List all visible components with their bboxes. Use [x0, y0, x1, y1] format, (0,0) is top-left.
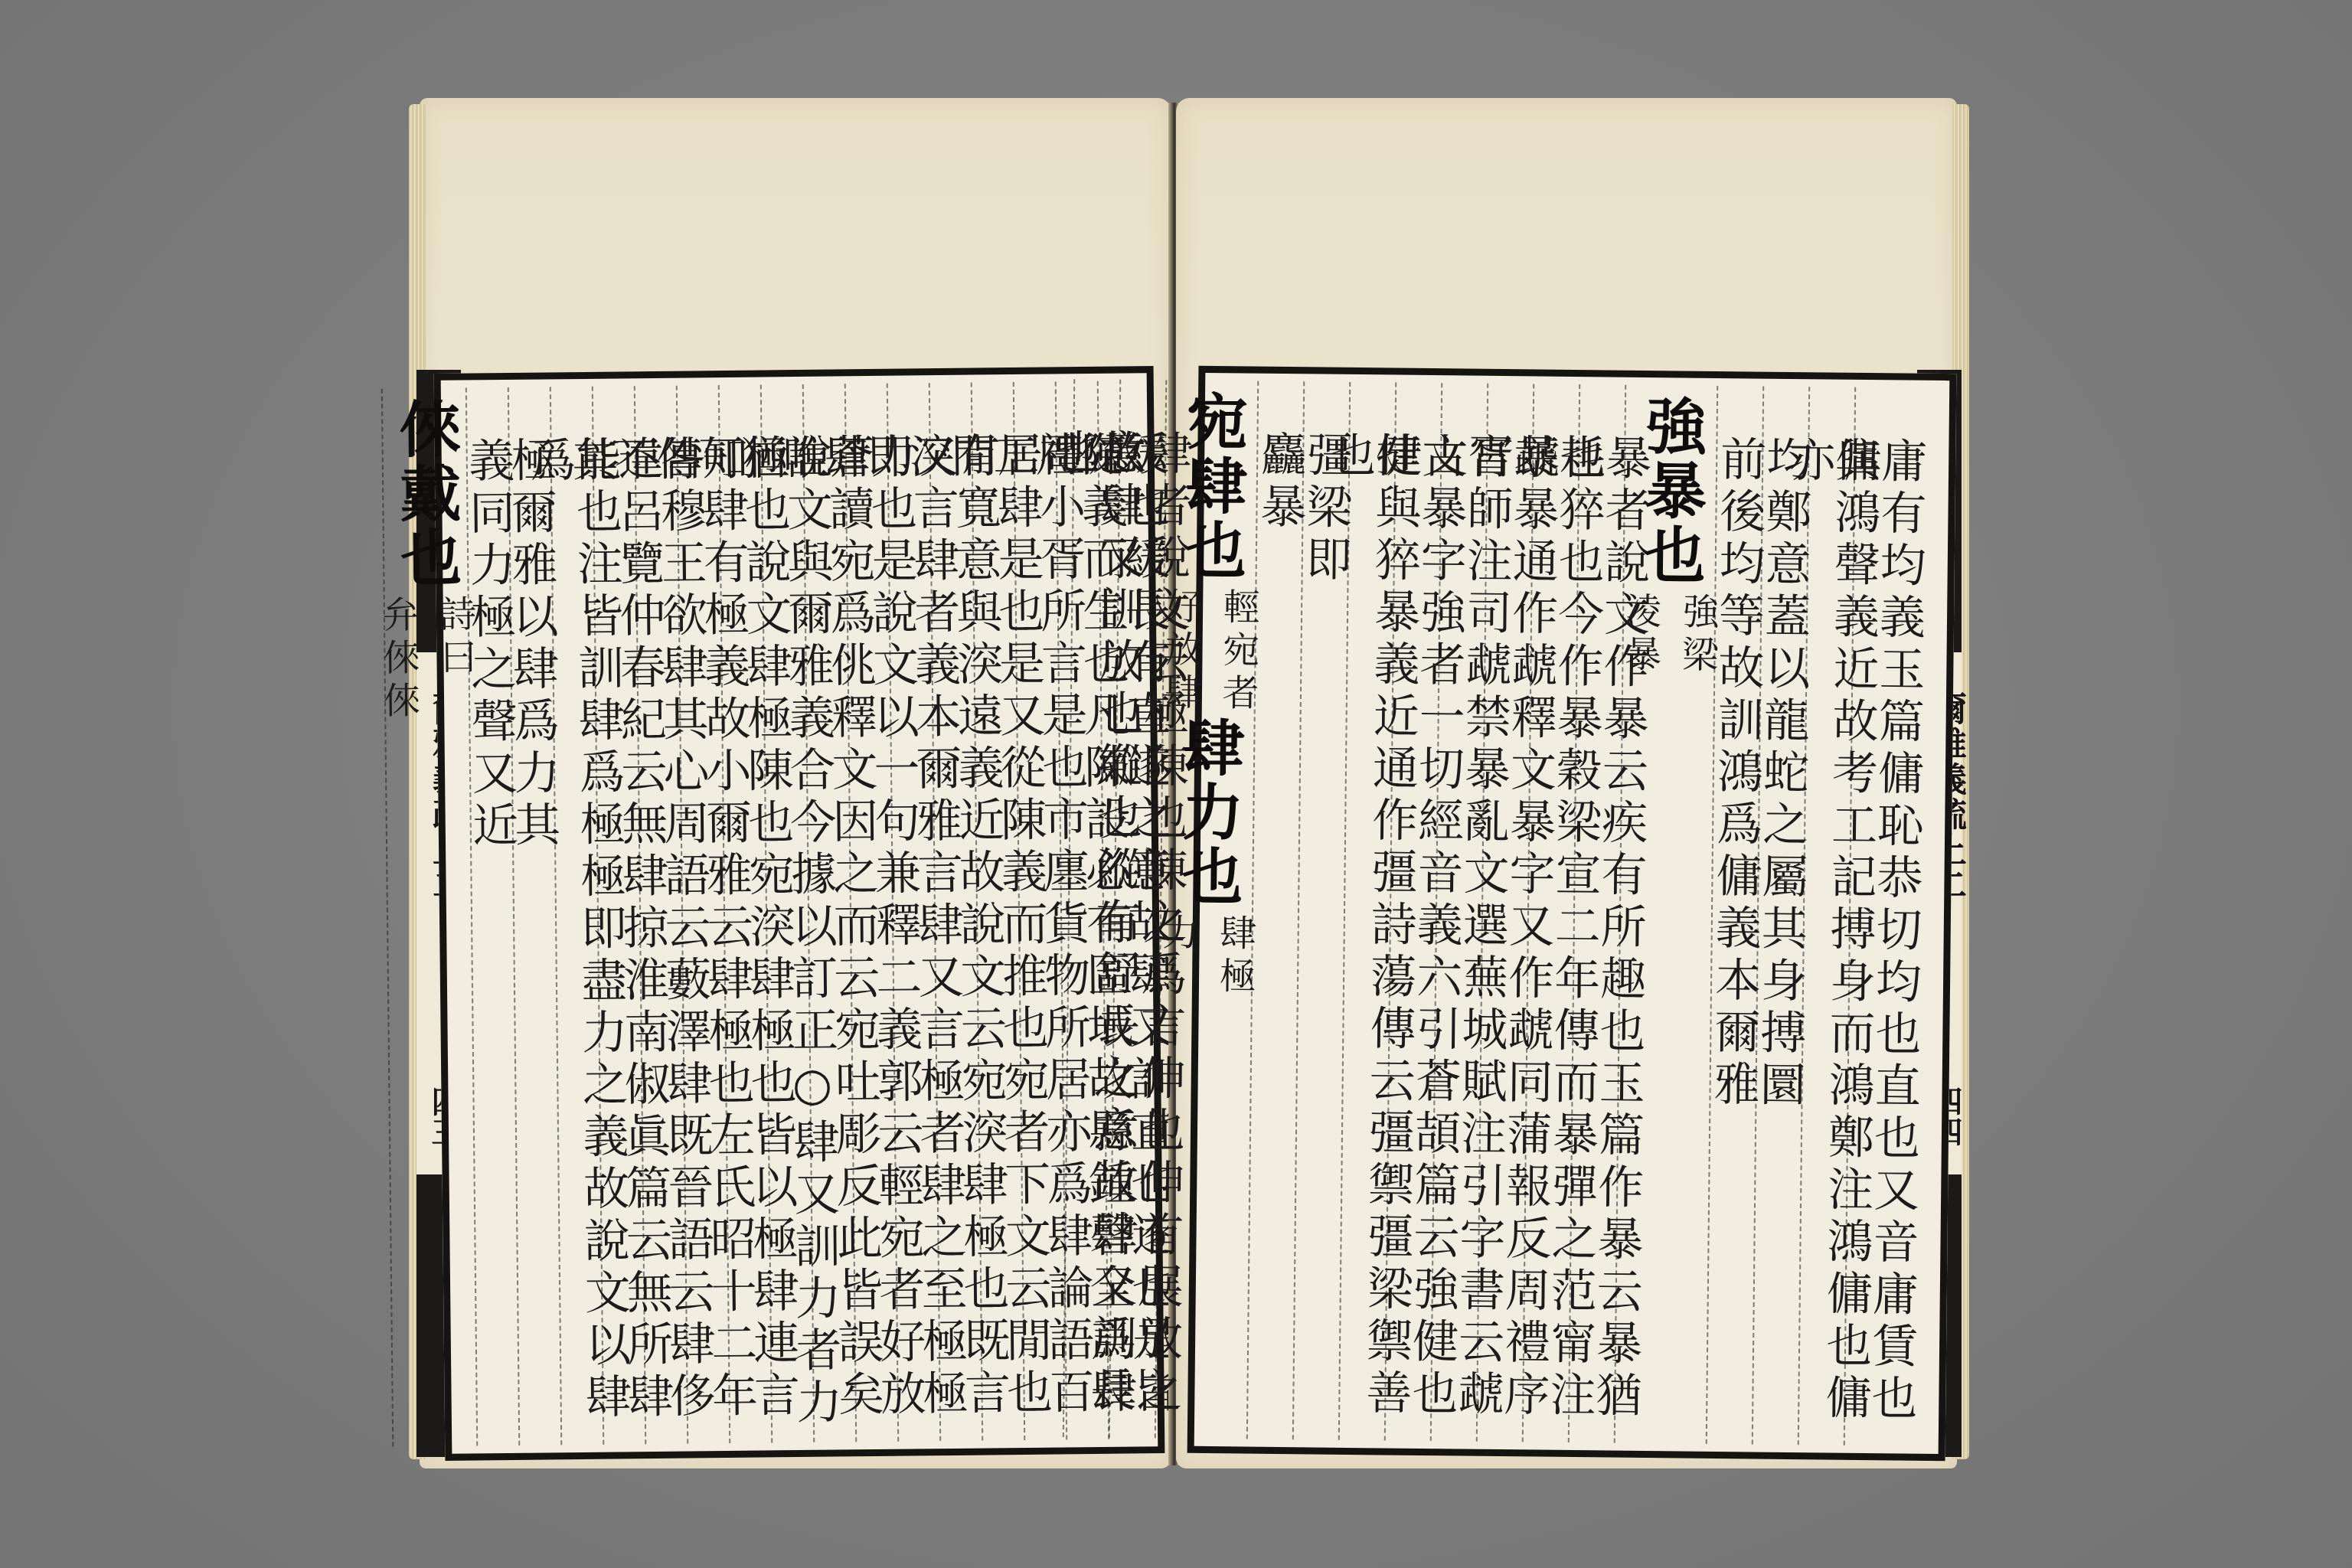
right-page: 爾雅義疏上二 四四 庸有均義玉篇傭恥恭切均也直也又音庸賃也傭 與鴻聲義近故考工記…	[1176, 98, 1957, 1468]
entry-heading: 倈戴也	[380, 397, 470, 590]
right-text-frame: 庸有均義玉篇傭恥恭切均也直也又音庸賃也傭 與鴻聲義近故考工記搏身而鴻鄭注鴻傭也傭…	[1187, 366, 1957, 1461]
entry-heading: 宛肆也	[1166, 389, 1256, 583]
entry-heading-column: 強暴也 強梁 淩暴	[1614, 385, 1717, 1444]
entry-heading: 肆力也	[1163, 715, 1253, 909]
entry-heading: 強暴也	[1625, 394, 1716, 588]
interlinear-note: 強梁 淩暴	[1613, 592, 1724, 679]
open-book: 爾雅義疏上二 四三 緩也緩長有直遂之意故肆又訓直也遂也是皆從 陳義而生也凡陳設必…	[420, 98, 1957, 1468]
interlinear-note: 輕宛者 好放肆	[1154, 586, 1266, 716]
text-column: 庸有均義玉篇傭恥恭切均也直也又音庸賃也傭	[1844, 387, 1900, 1446]
interlinear-note: 肆極 力	[1151, 913, 1262, 1000]
right-text-columns: 庸有均義玉篇傭恥恭切均也直也又音庸賃也傭 與鴻聲義近故考工記搏身而鴻鄭注鴻傭也傭…	[1202, 381, 1900, 1445]
entry-heading-column: 宛肆也 輕宛者 好放肆 肆力也 肆極 力	[1155, 380, 1257, 1439]
